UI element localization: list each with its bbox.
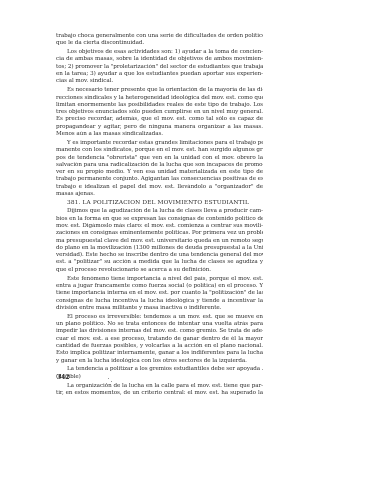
text-line: tos; 2) promover la "proletarización" de… <box>56 64 263 71</box>
page-number: 342 <box>57 374 70 381</box>
paragraph: Este fenómeno tiene importancia a nivel … <box>56 276 263 312</box>
scan-speck <box>111 381 112 382</box>
text-line: do plano en la movilización (1300 millon… <box>56 245 263 252</box>
text-line: que el proceso revolucionario se acerca … <box>56 267 263 274</box>
paragraph: Dijimos que la agudización de la lucha d… <box>56 208 263 274</box>
text-line: tres objetivos enunciados sólo pueden cu… <box>56 109 263 116</box>
text-line: Menos aún a las masas sindicalizadas. <box>56 131 263 138</box>
text-line: consignas de lucha incentiva la lucha id… <box>56 298 263 305</box>
text-line: Dijimos que la agudización de la lucha d… <box>56 208 263 215</box>
text-line: entra a jugar francamente como fuerza so… <box>56 283 263 290</box>
text-line: ma presupuestal clave del mov. est. univ… <box>56 238 263 245</box>
paragraph: Y es importante recordar estas grandes l… <box>56 140 263 198</box>
text-line: cias al mov. sindical. <box>56 78 263 85</box>
text-line: trabajo choca generalmente con una serie… <box>56 33 263 40</box>
text-line: masas ajenas. <box>56 191 263 198</box>
paragraph: La tendencia a politizar a los gremios e… <box>56 366 263 381</box>
text-line: bios en la forma en que se expresan las … <box>56 216 263 223</box>
text-line: Y es importante recordar estas grandes l… <box>56 140 263 147</box>
text-line: Es necesario tener presente que la orien… <box>56 87 263 94</box>
text-line: limitan enormemente las posibilidades re… <box>56 102 263 109</box>
text-line: (ilegible) <box>56 374 263 381</box>
text-line: Los objetivos de esas actividades son: 1… <box>56 49 263 56</box>
text-line: est. a "politizar" su acción a medida qu… <box>56 259 263 266</box>
text-line: tir, en estos momentos, de un criterio c… <box>56 390 263 397</box>
document-page: trabajo choca generalmente con una serie… <box>56 33 263 399</box>
scan-speck <box>106 383 107 384</box>
text-line: Este fenómeno tiene importancia a nivel … <box>56 276 263 283</box>
text-line: que le da cierta discontinuidad. <box>56 40 263 47</box>
text-line: La tendencia a politizar a los gremios e… <box>56 366 263 373</box>
text-line: manente con los sindicatos, porque en el… <box>56 147 263 154</box>
text-line: La organización de la lucha en la calle … <box>56 383 263 390</box>
text-line: El proceso es irreversible: tendemos a u… <box>56 314 263 321</box>
text-line: salvación para una radicalización de la … <box>56 162 263 169</box>
text-line: pos de tendencia "obrerista" que ven en … <box>56 155 263 162</box>
paragraph: El proceso es irreversible: tendemos a u… <box>56 314 263 365</box>
text-line: Esto implica politizar internamente, gan… <box>56 350 263 357</box>
text-line: cantidad de fuerzas posibles, y volcarla… <box>56 343 263 350</box>
text-line: y ganar en la lucha ideológica con los o… <box>56 358 263 365</box>
text-line: propagandear y agitar, pero de ninguna m… <box>56 124 263 131</box>
text-line: un plano político. No se trata entonces … <box>56 321 263 328</box>
text-line: Es preciso recordar, además, que el mov.… <box>56 116 263 123</box>
text-line: trabajo e idealizan el papel del mov. es… <box>56 184 263 191</box>
paragraph: Los objetivos de esas actividades son: 1… <box>56 49 263 85</box>
text-line: tiene importancia interna en el mov. est… <box>56 290 263 297</box>
paragraph: La organización de la lucha en la calle … <box>56 383 263 398</box>
text-line: versidad). Este hecho se inscribe dentro… <box>56 252 263 259</box>
text-line: mov. est. Digámoslo más claro: el mov. e… <box>56 223 263 230</box>
section-heading: 381. LA POLITIZACION DEL MOVIMIENTO ESTU… <box>56 200 263 207</box>
text-line: cuar el mov. est. a ese proceso, tratand… <box>56 336 263 343</box>
text-line: trabajo permanente conjunto. Agigantan l… <box>56 176 263 183</box>
text-line: zaciones en consignas eminentemente polí… <box>56 230 263 237</box>
text-line: impedir las divisiones internas del mov.… <box>56 328 263 335</box>
text-line: en la tarea; 3) ayudar a que los estudia… <box>56 71 263 78</box>
text-line: ver en su propio medio. Y ven esa unidad… <box>56 169 263 176</box>
paragraph: Es necesario tener presente que la orien… <box>56 87 263 138</box>
paragraph: trabajo choca generalmente con una serie… <box>56 33 263 48</box>
scan-speck <box>108 378 109 379</box>
text-line: división entre masa militante y masa ina… <box>56 305 263 312</box>
text-line: cia de ambas masas, sobre la identidad d… <box>56 56 263 63</box>
text-line: recciones sindicales y la heterogeneidad… <box>56 95 263 102</box>
